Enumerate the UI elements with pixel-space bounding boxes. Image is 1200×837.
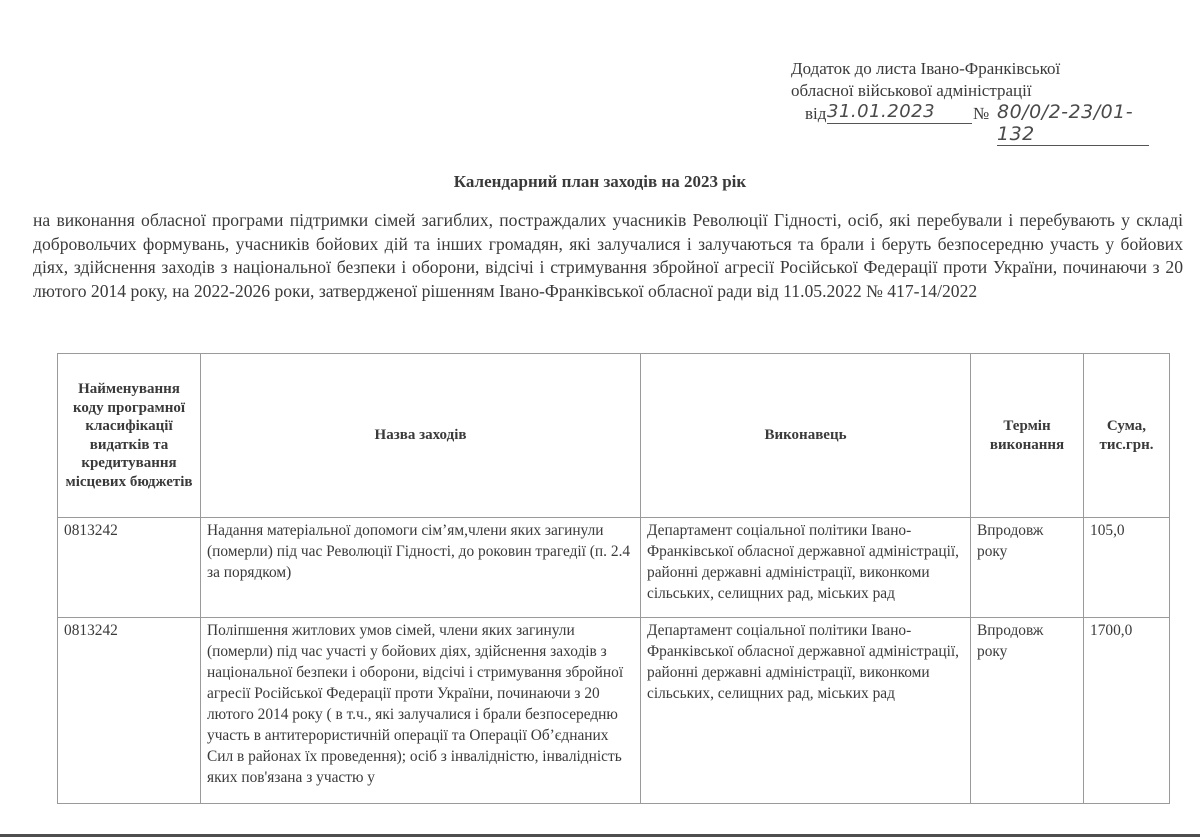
annex-header: Додаток до листа Івано-Франківської обла… <box>791 58 1060 129</box>
table-row: 0813242 Надання матеріальної допомоги сі… <box>58 518 1170 618</box>
cell-code: 0813242 <box>58 518 201 618</box>
table-header-row: Найменування коду програмної класифікаці… <box>58 354 1170 518</box>
annex-line-1: Додаток до листа Івано-Франківської <box>791 58 1060 80</box>
cell-executor: Департамент соціальної політики Івано-Фр… <box>641 618 971 804</box>
cell-code: 0813242 <box>58 618 201 804</box>
header-term: Термін виконання <box>971 354 1084 518</box>
cell-amount: 1700,0 <box>1084 618 1170 804</box>
intro-paragraph: на виконання обласної програми підтримки… <box>33 209 1183 303</box>
cell-executor: Департамент соціальної політики Івано-Фр… <box>641 518 971 618</box>
header-amount: Сума, тис.грн. <box>1084 354 1170 518</box>
header-executor: Виконавець <box>641 354 971 518</box>
table-row: 0813242 Поліпшення житлових умов сімей, … <box>58 618 1170 804</box>
number-label: № <box>973 103 989 125</box>
date-prefix: від <box>805 103 826 125</box>
annex-line-2: обласної військової адміністрації <box>791 80 1060 102</box>
document-title: Календарний план заходів на 2023 рік <box>0 172 1200 192</box>
handwritten-number: 80/0/2-23/01-132 <box>997 101 1149 146</box>
cell-amount: 105,0 <box>1084 518 1170 618</box>
cell-term: Впродовж року <box>971 518 1084 618</box>
plan-table: Найменування коду програмної класифікаці… <box>57 353 1170 804</box>
header-budget-code: Найменування коду програмної класифікаці… <box>58 354 201 518</box>
cell-term: Впродовж року <box>971 618 1084 804</box>
handwritten-date: 31.01.2023 <box>827 101 972 124</box>
cell-measure: Поліпшення житлових умов сімей, члени як… <box>201 618 641 804</box>
header-measure-name: Назва заходів <box>201 354 641 518</box>
cell-measure: Надання матеріальної допомоги сім’ям,чле… <box>201 518 641 618</box>
annex-reference: від 31.01.2023 № 80/0/2-23/01-132 <box>791 103 1060 129</box>
